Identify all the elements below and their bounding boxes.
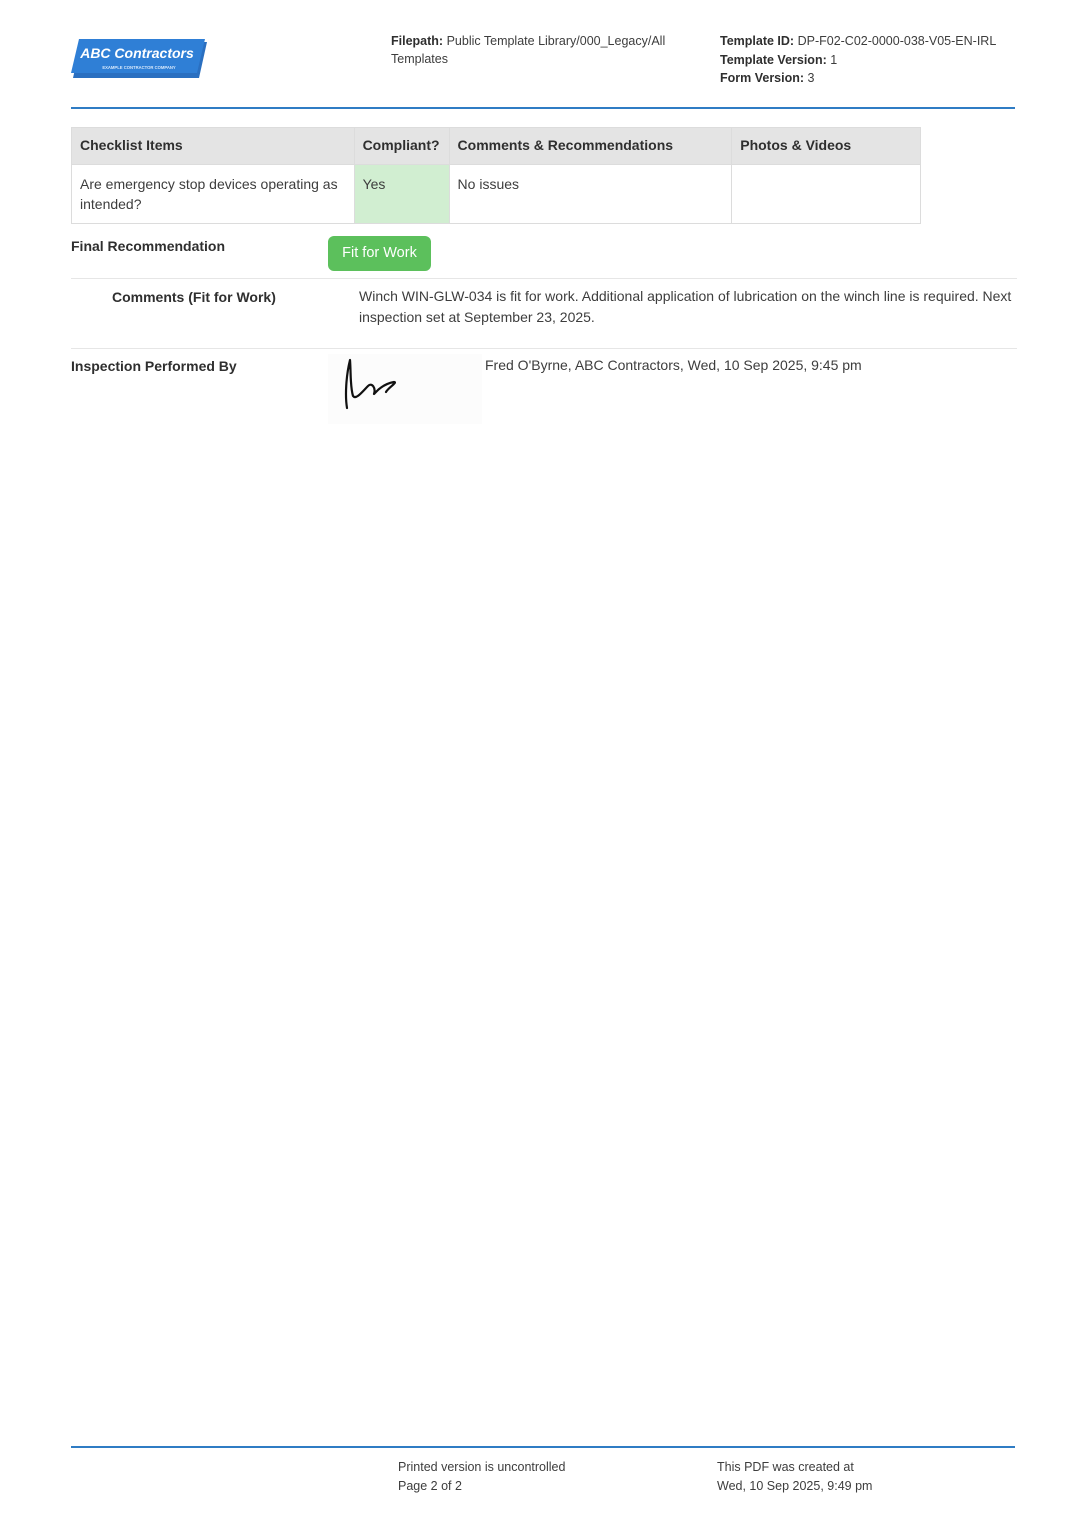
page-number: Page 2 of 2 xyxy=(398,1477,565,1496)
signature-icon xyxy=(328,354,482,424)
signature-image xyxy=(328,354,482,424)
form-version: Form Version: 3 xyxy=(720,69,1020,88)
created-timestamp: Wed, 10 Sep 2025, 9:49 pm xyxy=(717,1477,872,1496)
section-divider xyxy=(71,278,1017,279)
final-recommendation-badge: Fit for Work xyxy=(328,236,431,271)
logo-tagline: EXAMPLE CONTRACTOR COMPANY xyxy=(102,65,176,70)
table-row: Are emergency stop devices operating as … xyxy=(72,165,921,224)
template-version: Template Version: 1 xyxy=(720,51,1020,70)
checklist-table: Checklist Items Compliant? Comments & Re… xyxy=(71,127,921,224)
table-header-row: Checklist Items Compliant? Comments & Re… xyxy=(72,128,921,165)
uncontrolled-notice: Printed version is uncontrolled xyxy=(398,1458,565,1477)
inspector-details: Fred O'Byrne, ABC Contractors, Wed, 10 S… xyxy=(485,357,862,373)
filepath-label: Filepath: xyxy=(391,34,443,48)
comments-value: No issues xyxy=(449,165,732,224)
form-version-value: 3 xyxy=(808,71,815,85)
template-id: Template ID: DP-F02-C02-0000-038-V05-EN-… xyxy=(720,32,1020,51)
compliant-value: Yes xyxy=(354,165,449,224)
template-id-label: Template ID: xyxy=(720,34,794,48)
column-header-comments: Comments & Recommendations xyxy=(449,128,732,165)
document-header: ABC Contractors EXAMPLE CONTRACTOR COMPA… xyxy=(71,30,1015,90)
template-version-label: Template Version: xyxy=(720,53,827,67)
comments-fit-label: Comments (Fit for Work) xyxy=(112,289,276,305)
form-version-label: Form Version: xyxy=(720,71,804,85)
section-divider xyxy=(71,348,1017,349)
template-meta: Template ID: DP-F02-C02-0000-038-V05-EN-… xyxy=(720,32,1020,88)
header-divider xyxy=(71,107,1015,109)
comments-fit-text: Winch WIN-GLW-034 is fit for work. Addit… xyxy=(359,286,1019,328)
filepath: Filepath: Public Template Library/000_Le… xyxy=(391,32,691,68)
footer-right: This PDF was created at Wed, 10 Sep 2025… xyxy=(717,1458,872,1495)
checklist-item: Are emergency stop devices operating as … xyxy=(72,165,355,224)
column-header-compliant: Compliant? xyxy=(354,128,449,165)
inspection-label: Inspection Performed By xyxy=(71,358,237,374)
column-header-photos: Photos & Videos xyxy=(732,128,921,165)
template-version-value: 1 xyxy=(830,53,837,67)
column-header-checklist-items: Checklist Items xyxy=(72,128,355,165)
media-cell xyxy=(732,165,921,224)
final-recommendation-label: Final Recommendation xyxy=(71,238,225,254)
company-logo: ABC Contractors EXAMPLE CONTRACTOR COMPA… xyxy=(71,38,209,80)
created-label: This PDF was created at xyxy=(717,1458,872,1477)
logo-name: ABC Contractors xyxy=(79,45,194,61)
template-id-value: DP-F02-C02-0000-038-V05-EN-IRL xyxy=(798,34,997,48)
footer-left: Printed version is uncontrolled Page 2 o… xyxy=(398,1458,565,1495)
footer-divider xyxy=(71,1446,1015,1448)
